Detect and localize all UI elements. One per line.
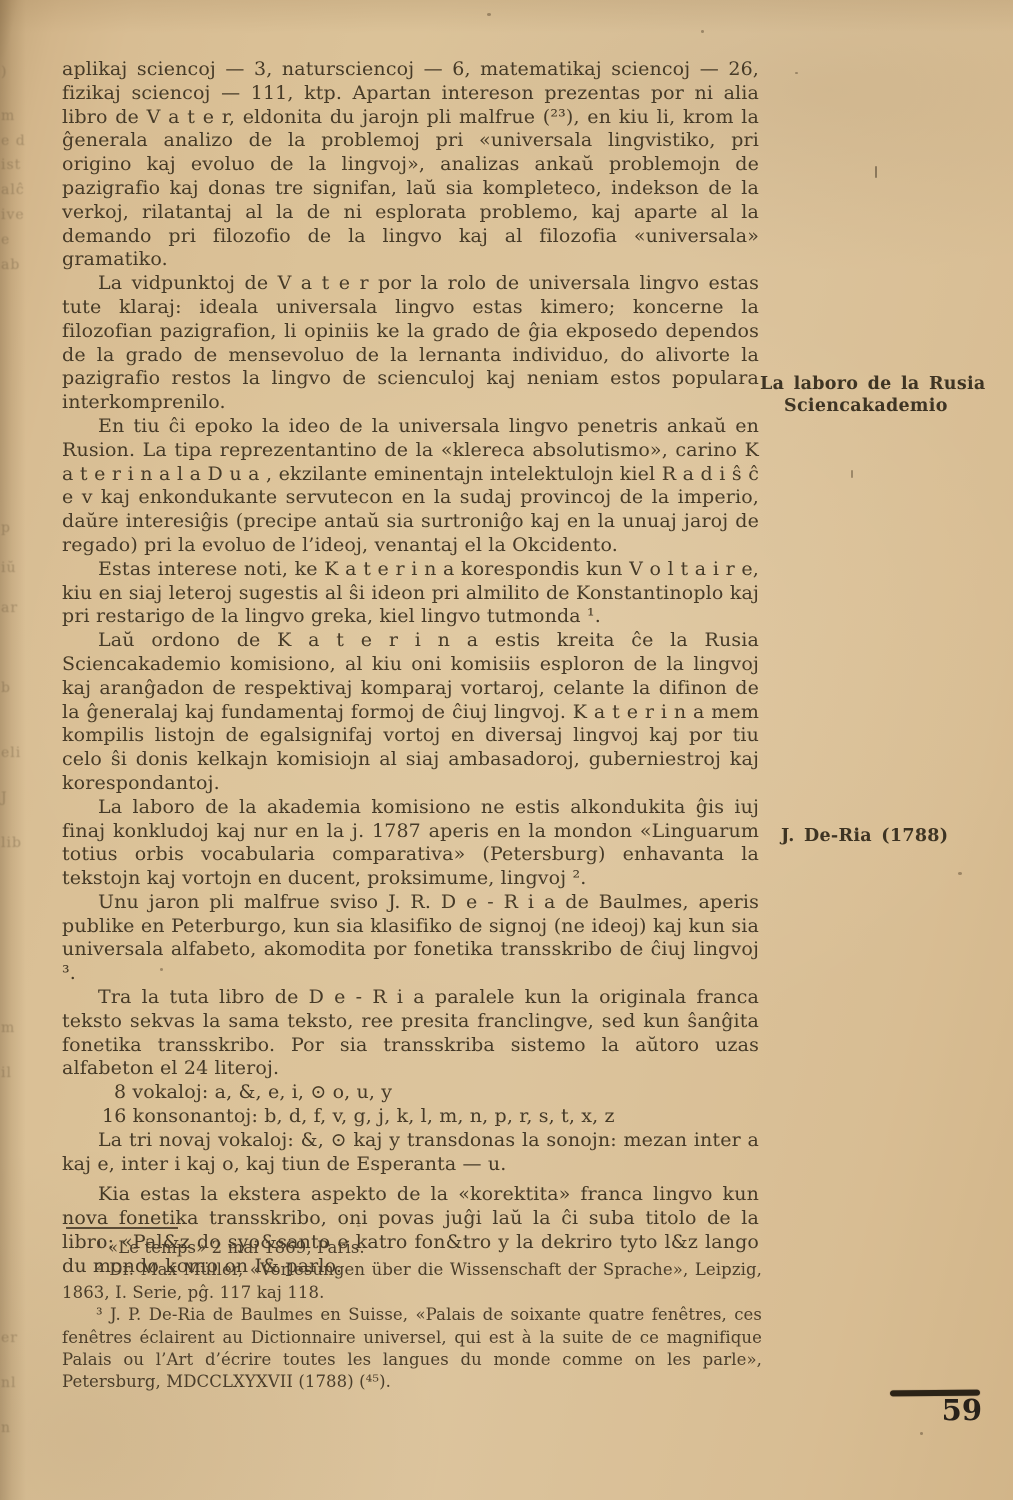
bleed-fragment: b <box>1 680 11 696</box>
bleed-fragment: alĉ <box>1 182 25 198</box>
footnote: ² Dr. Max Müller, «Vorlesungen über die … <box>62 1259 762 1304</box>
bleed-fragment: lib <box>1 835 22 851</box>
main-text-column: aplikaj sciencoj — 3, natursciencoj — 6,… <box>62 58 759 1279</box>
footnote-separator <box>66 1227 178 1229</box>
body-paragraph: La tri novaj vokaloj: &, ⊙ kaj y transdo… <box>62 1129 759 1177</box>
body-paragraph: Tra la tuta libro de D e - R i a paralel… <box>62 986 759 1081</box>
scanned-book-page: ) m e d ist alĉ ive e ab p iŭ ar b eli J… <box>0 0 1013 1500</box>
bleed-fragment: m <box>1 108 15 124</box>
bleed-fragment: e d <box>1 133 26 149</box>
bleed-fragment: ar <box>1 600 18 616</box>
bleed-fragment: J <box>1 790 8 806</box>
footnotes-block: ¹ «Le temps» 2 mai 1869, Paris. ² Dr. Ma… <box>62 1237 762 1394</box>
bleed-fragment: er <box>1 1330 18 1346</box>
margin-note-sciencakademio: La laboro de la Rusia Sciencakademio <box>760 374 1012 417</box>
bleed-fragment: nl <box>1 1375 17 1391</box>
bleed-fragment: eli <box>1 745 21 761</box>
body-paragraph: La laboro de la akademia komisiono ne es… <box>62 796 759 891</box>
body-paragraph: La vidpunktoj de V a t e r por la rolo d… <box>62 272 759 415</box>
page-number: 59 <box>930 1394 982 1426</box>
bleed-fragment: n <box>1 1420 11 1436</box>
body-paragraph: Unu jaron pli malfrue sviso J. R. D e - … <box>62 891 759 986</box>
body-paragraph: Laŭ ordono de K a t e r i n a estis krei… <box>62 629 759 796</box>
bleed-fragment: iŭ <box>1 560 17 576</box>
bleed-fragment: il <box>1 1065 12 1081</box>
bleed-fragment: e <box>1 232 10 248</box>
bleed-fragment: ab <box>1 257 20 273</box>
bleed-fragment: p <box>1 520 11 536</box>
bleed-fragment: m <box>1 1020 15 1036</box>
bleed-fragment: ) <box>1 64 7 80</box>
body-paragraph: Estas interese noti, ke K a t e r i n a … <box>62 558 759 629</box>
body-paragraph: En tiu ĉi epoko la ideo de la universala… <box>62 415 759 558</box>
body-paragraph: aplikaj sciencoj — 3, natursciencoj — 6,… <box>62 58 759 272</box>
footnote: ¹ «Le temps» 2 mai 1869, Paris. <box>62 1237 762 1259</box>
footnote: ³ J. P. De-Ria de Baulmes en Suisse, «Pa… <box>62 1304 762 1394</box>
bleed-fragment: ist <box>1 157 21 173</box>
consonants-list-line: 16 konsonantoj: b, d, f, v, g, j, k, l, … <box>62 1105 759 1129</box>
vowels-list-line: 8 vokaloj: a, &, e, i, ⊙ o, u, y <box>62 1081 759 1105</box>
margin-note-deria: J. De-Ria (1788) <box>781 826 1001 848</box>
bleed-fragment: ive <box>1 207 25 223</box>
